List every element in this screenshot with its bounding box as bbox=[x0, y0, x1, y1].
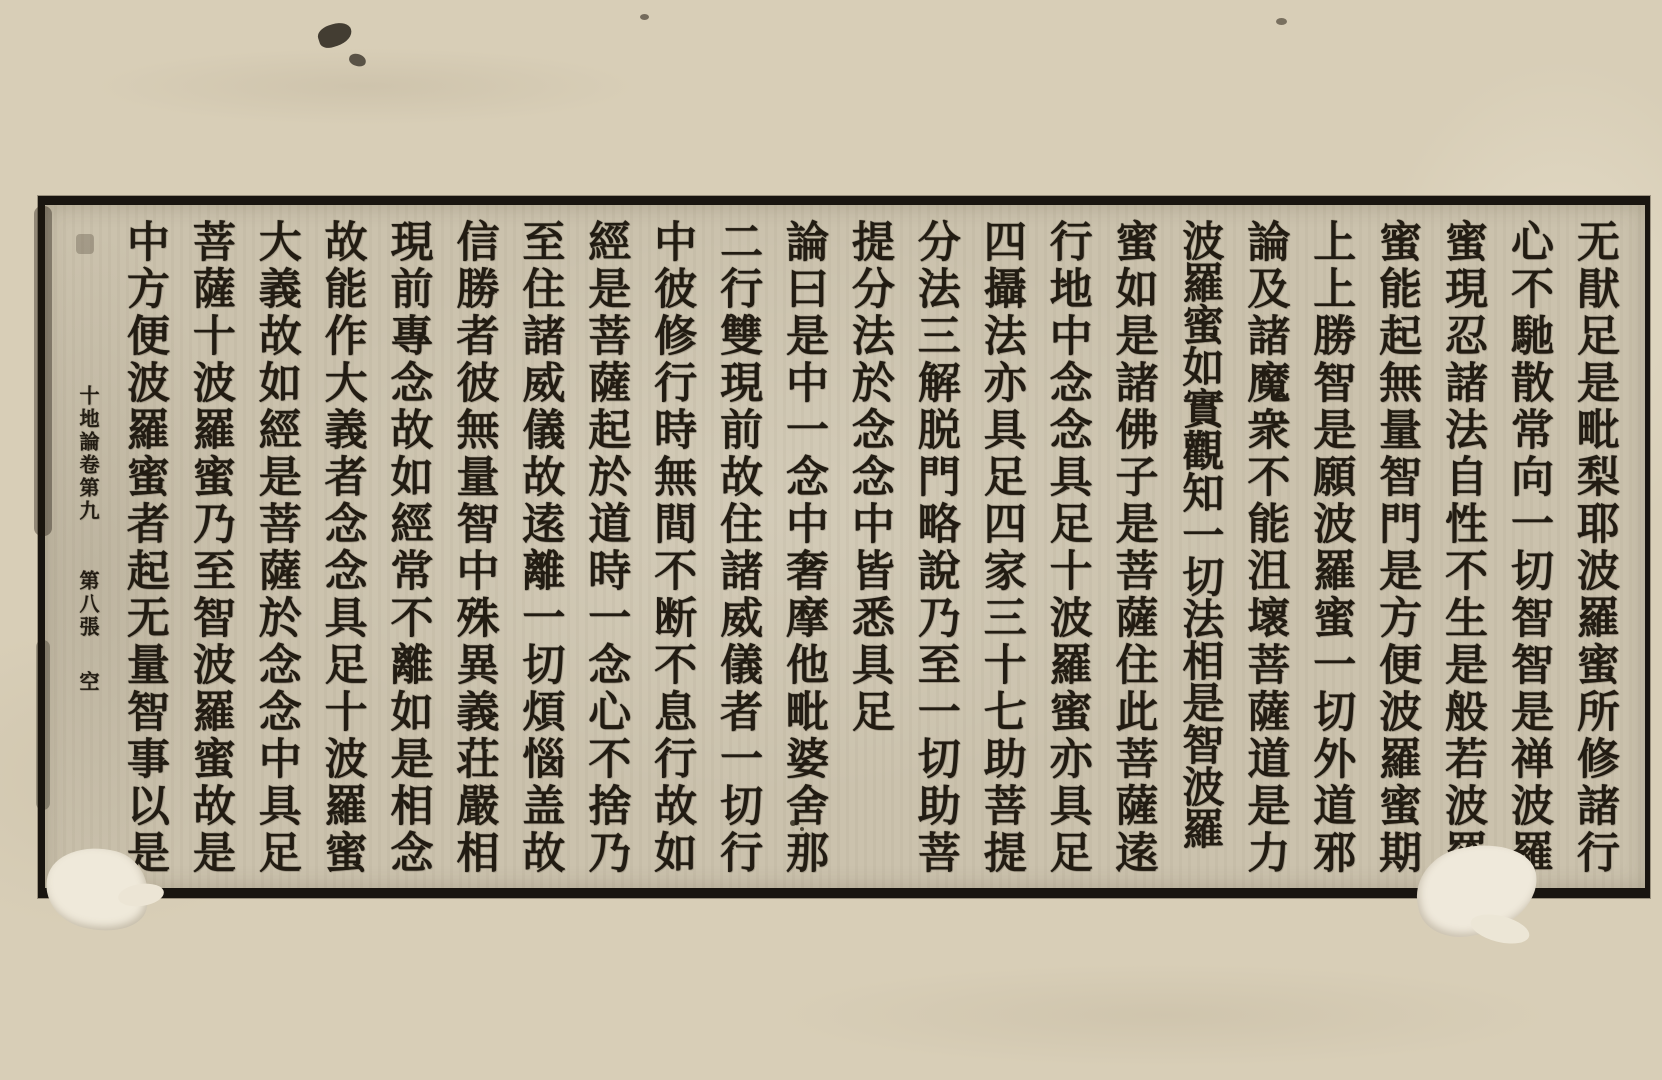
text-column-22: 菩薩十波羅蜜乃至智波羅蜜故是 bbox=[177, 219, 243, 882]
ink-smudge bbox=[348, 52, 367, 67]
colophon-case-character: 空 bbox=[63, 671, 111, 694]
text-column-20: 故能作大義者念念具足十波羅蜜 bbox=[309, 219, 375, 882]
colophon-sheet-number: 第八張 bbox=[63, 570, 111, 639]
text-column-19: 現前專念故如經常不離如是相念 bbox=[375, 219, 441, 882]
vertical-text-area: 无猒足是毗梨耶波羅蜜所修諸行心不馳散常向一切智智是禅波羅蜜現忍諸法自性不生是般若… bbox=[45, 205, 1649, 888]
ink-smudge bbox=[315, 19, 354, 50]
text-column-16: 經是菩薩起於道時一念心不捨乃 bbox=[572, 219, 638, 882]
text-column-10: 四攝法亦具足四家三十七助菩提 bbox=[968, 219, 1034, 882]
text-column-4: 蜜能起無量智門是方便波羅蜜期 bbox=[1363, 219, 1429, 882]
text-column-2: 心不馳散常向一切智智是禅波羅 bbox=[1495, 219, 1561, 882]
text-column-9: 行地中念念具足十波羅蜜亦具足 bbox=[1034, 219, 1100, 882]
text-column-17: 至住諸威儀故逺離一切煩惱盖故 bbox=[506, 219, 572, 882]
text-column-3: 蜜現忍諸法自性不生是般若波羅 bbox=[1429, 219, 1495, 882]
text-column-21: 大義故如經是菩薩於念念中具足 bbox=[243, 219, 309, 882]
text-column-11: 分法三解脱門略說乃至一切助菩 bbox=[902, 219, 968, 882]
text-columns: 无猒足是毗梨耶波羅蜜所修諸行心不馳散常向一切智智是禅波羅蜜現忍諸法自性不生是般若… bbox=[111, 219, 1627, 882]
colophon-column: 十地論卷第九 第八張 空 bbox=[63, 219, 111, 882]
text-column-6: 論及諸魔衆不能沮壞菩薩道是力 bbox=[1231, 219, 1297, 882]
text-column-14: 二行雙現前故住諸威儀者一切行 bbox=[704, 219, 770, 882]
text-column-13: 論曰是中一念中奢摩他毗婆舍那 bbox=[770, 219, 836, 882]
colophon-title: 十地論卷第九 bbox=[63, 385, 111, 523]
text-column-1: 无猒足是毗梨耶波羅蜜所修諸行 bbox=[1561, 219, 1627, 882]
printed-text-block: 无猒足是毗梨耶波羅蜜所修諸行心不馳散常向一切智智是禅波羅蜜現忍諸法自性不生是般若… bbox=[38, 196, 1650, 898]
text-column-8: 蜜如是諸佛子是菩薩住此菩薩逺 bbox=[1100, 219, 1166, 882]
text-column-23: 中方便波羅蜜者起无量智事以是 bbox=[111, 219, 177, 882]
text-column-15: 中彼修行時無間不断不息行故如 bbox=[638, 219, 704, 882]
manuscript-scan: { "document": { "columns": [ "无猒足是毗梨耶波羅蜜… bbox=[0, 0, 1662, 1080]
text-column-7: 波羅蜜如實觀知一切法相是智波羅 bbox=[1166, 219, 1232, 882]
ink-speck bbox=[1276, 18, 1287, 25]
paper-tear-bottom-right bbox=[1468, 909, 1533, 949]
text-column-18: 信勝者彼無量智中殊異義荘嚴相 bbox=[441, 219, 507, 882]
text-column-12: 提分法於念念中皆悉具足 bbox=[836, 219, 902, 882]
text-column-5: 上上勝智是願波羅蜜一切外道邪 bbox=[1297, 219, 1363, 882]
ink-speck bbox=[640, 14, 649, 20]
